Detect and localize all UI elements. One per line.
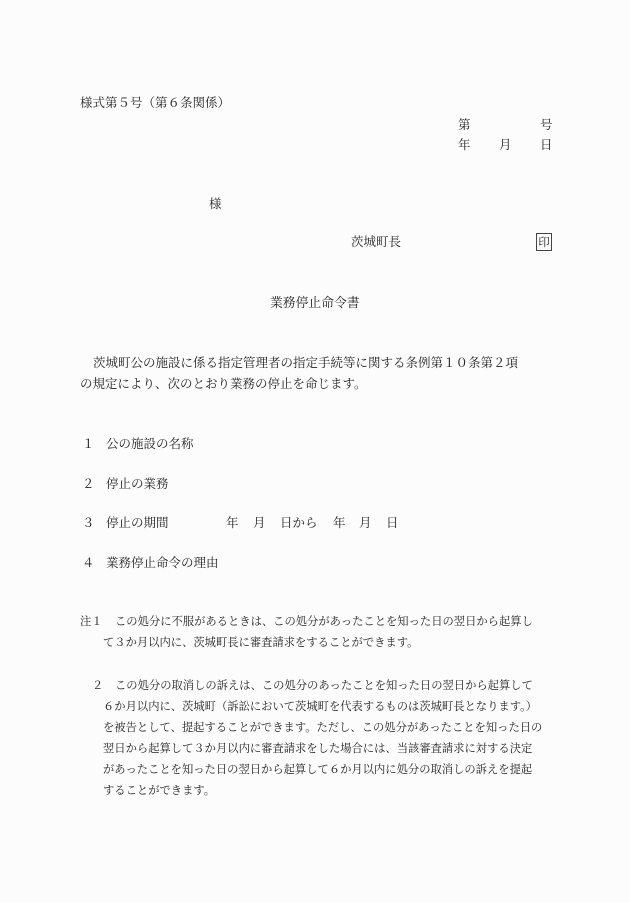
period-from-day: 日から xyxy=(280,517,318,530)
period-to-month: 月 xyxy=(359,517,372,530)
item-number: ２ xyxy=(82,478,95,491)
note-label: 注１ xyxy=(80,610,103,633)
document-number-prefix: 第 xyxy=(458,119,471,132)
date-day: 日 xyxy=(540,139,553,152)
item-number: １ xyxy=(82,438,95,451)
period-to-year: 年 xyxy=(333,517,346,530)
item-label: 停止の業務 xyxy=(106,478,169,491)
item-number: ３ xyxy=(82,517,95,530)
note-line: て３か月以内に、茨城町長に審査請求をすることができます。 xyxy=(103,631,418,654)
document-number-suffix: 号 xyxy=(540,119,553,132)
period-from-year: 年 xyxy=(226,517,239,530)
note-line: この処分の取消しの訴えは、この処分のあったことを知った日の翌日から起算して xyxy=(115,674,533,697)
note-line: を被告として、提起することができます。ただし、この処分があったことを知った日の xyxy=(103,716,542,739)
note-label: ２ xyxy=(92,674,103,697)
note-line: があったことを知った日の翌日から起算して６か月以内に処分の取消しの訴えを提起 xyxy=(103,758,532,781)
seal-mark: 印 xyxy=(536,233,552,251)
date-year: 年 xyxy=(458,139,471,152)
form-number: 様式第５号（第６条関係） xyxy=(80,97,230,110)
item-label: 公の施設の名称 xyxy=(106,438,194,451)
note-line: ６か月以内に、茨城町（訴訟において茨城町を代表するものは茨城町長となります。） xyxy=(103,695,537,718)
body-line-2: の規定により、次のとおり業務の停止を命じます。 xyxy=(80,378,367,391)
item-label: 業務停止命令の理由 xyxy=(106,557,219,570)
note-line: この処分に不服があるときは、この処分があったことを知った日の翌日から起算し xyxy=(115,610,533,633)
date-month: 月 xyxy=(499,139,512,152)
addressee-honorific: 様 xyxy=(209,198,222,211)
body-line-1: 茨城町公の施設に係る指定管理者の指定手続等に関する条例第１０条第２項 xyxy=(93,357,518,370)
period-from-month: 月 xyxy=(253,517,266,530)
period-to-day: 日 xyxy=(386,517,399,530)
note-line: 翌日から起算して３か月以内に審査請求をした場合には、当該審査請求に対する決定 xyxy=(103,737,532,760)
item-label: 停止の期間 xyxy=(106,517,169,530)
note-line: することができます。 xyxy=(103,779,215,802)
item-number: ４ xyxy=(82,557,95,570)
document-title: 業務停止命令書 xyxy=(270,298,360,311)
issuer-title: 茨城町長 xyxy=(351,236,401,249)
